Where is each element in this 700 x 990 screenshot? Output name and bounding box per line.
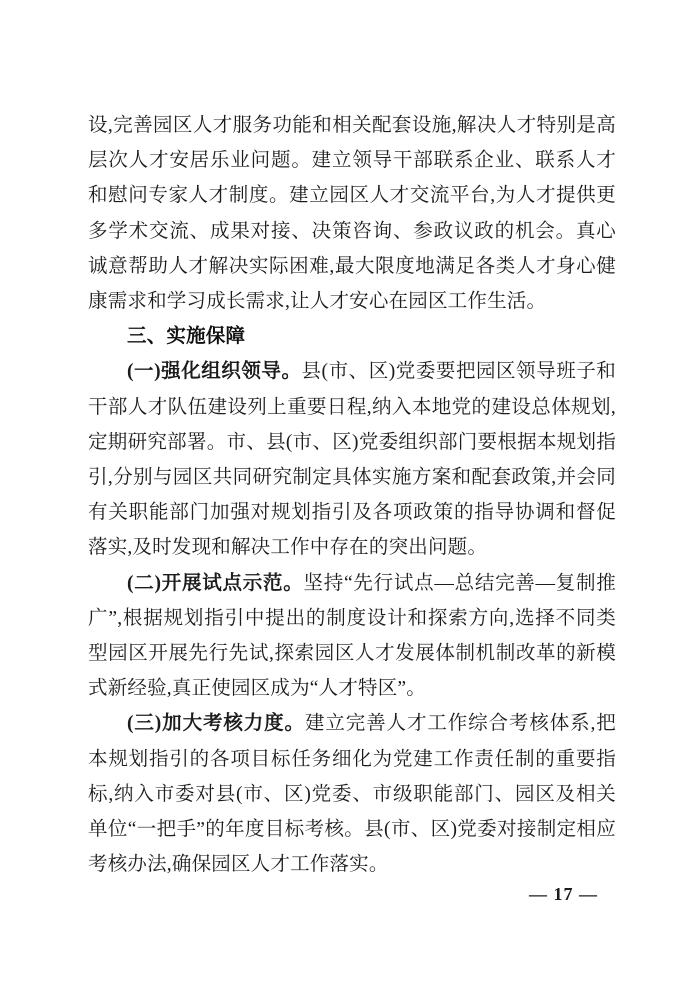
paragraph-2: (二)开展试点示范。坚持“先行试点—总结完善—复制推广”,根据规划指引中提出的制… [88,566,616,707]
document-text-block: 设,完善园区人才服务功能和相关配套设施,解决人才特别是高层次人才安居乐业问题。建… [88,108,616,882]
document-page: 设,完善园区人才服务功能和相关配套设施,解决人才特别是高层次人才安居乐业问题。建… [0,0,700,990]
paragraph-3: (三)加大考核力度。建立完善人才工作综合考核体系,把本规划指引的各项目标任务细化… [88,706,616,882]
paragraph-continuation: 设,完善园区人才服务功能和相关配套设施,解决人才特别是高层次人才安居乐业问题。建… [88,108,616,319]
paragraph-1-lead: (一)强化组织领导。 [127,361,302,382]
paragraph-continuation-text: 设,完善园区人才服务功能和相关配套设施,解决人才特别是高层次人才安居乐业问题。建… [88,115,616,312]
paragraph-2-lead: (二)开展试点示范。 [127,573,303,594]
page-number: — 17 — [529,884,598,905]
paragraph-3-lead: (三)加大考核力度。 [127,713,305,734]
paragraph-3-text: 建立完善人才工作综合考核体系,把本规划指引的各项目标任务细化为党建工作责任制的重… [88,713,616,875]
paragraph-1-text: 县(市、区)党委要把园区领导班子和干部人才队伍建设列上重要日程,纳入本地党的建设… [88,361,616,558]
paragraph-1: (一)强化组织领导。县(市、区)党委要把园区领导班子和干部人才队伍建设列上重要日… [88,354,616,565]
section-heading: 三、实施保障 [88,319,616,354]
